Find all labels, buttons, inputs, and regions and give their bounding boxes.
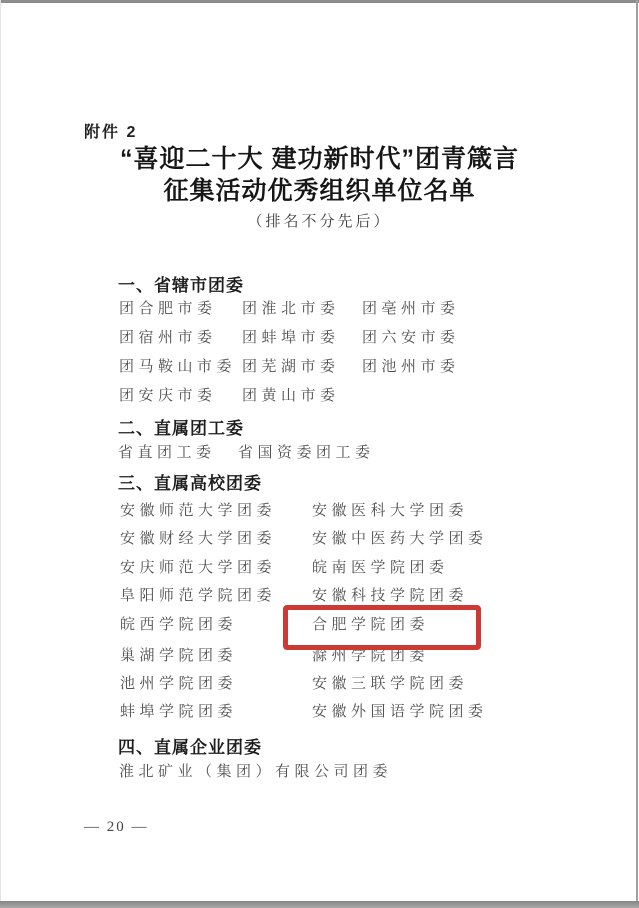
- list-item: 蚌埠学院团委: [120, 700, 237, 721]
- list-item: 团亳州市委: [362, 297, 460, 318]
- list-item: 省国资委团工委: [238, 441, 375, 462]
- list-item: 团六安市委: [362, 326, 460, 347]
- list-item: 团马鞍山市委: [119, 355, 236, 376]
- list-item: 团池州市委: [362, 355, 460, 376]
- section-2-heading: 二、直属团工委: [118, 414, 244, 439]
- list-item: 团芜湖市委: [242, 355, 340, 376]
- title-line-1: “喜迎二十大 建功新时代”团青箴言: [0, 143, 639, 175]
- document-title: “喜迎二十大 建功新时代”团青箴言 征集活动优秀组织单位名单: [0, 143, 639, 207]
- title-line-2: 征集活动优秀组织单位名单: [0, 175, 639, 207]
- list-row: 蚌埠学院团委 安徽外国语学院团委: [120, 700, 639, 720]
- list-item: 皖西学院团委: [120, 613, 237, 634]
- page-number: — 20 —: [84, 819, 149, 836]
- list-item: 安徽中医药大学团委: [312, 527, 488, 548]
- list-item: 淮北矿业（集团）有限公司团委: [119, 760, 392, 781]
- list-item: 安徽三联学院团委: [312, 672, 468, 693]
- list-row: 安徽财经大学团委 安徽中医药大学团委: [120, 527, 639, 547]
- list-item: 团合肥市委: [119, 297, 217, 318]
- attachment-label: 附件 2: [84, 119, 137, 142]
- list-row: 池州学院团委 安徽三联学院团委: [120, 672, 639, 692]
- scan-edge-top: [0, 0, 639, 3]
- list-item: 安徽科技学院团委: [312, 584, 468, 605]
- list-item: 安徽医科大学团委: [312, 499, 468, 520]
- list-item: 阜阳师范学院团委: [120, 584, 276, 605]
- list-row: 阜阳师范学院团委 安徽科技学院团委: [120, 584, 639, 604]
- section-3-heading: 三、直属高校团委: [118, 469, 262, 494]
- list-row: 省直团工委 省国资委团工委: [118, 441, 638, 461]
- list-item: 团宿州市委: [119, 326, 217, 347]
- list-item: 池州学院团委: [120, 672, 237, 693]
- list-item: 安徽师范大学团委: [120, 499, 276, 520]
- list-row: 安庆师范大学团委 皖南医学院团委: [120, 556, 639, 576]
- document-page: 附件 2 “喜迎二十大 建功新时代”团青箴言 征集活动优秀组织单位名单 （排名不…: [0, 0, 639, 908]
- list-item: 皖南医学院团委: [312, 556, 449, 577]
- scan-edge-bottom: [0, 901, 639, 908]
- list-row: 团宿州市委 团蚌埠市委 团六安市委: [119, 326, 639, 346]
- list-item: 安徽外国语学院团委: [312, 700, 488, 721]
- section-4-heading: 四、直属企业团委: [118, 733, 262, 758]
- list-row: 皖西学院团委 合肥学院团委: [120, 613, 639, 633]
- list-row: 安徽师范大学团委 安徽医科大学团委: [120, 499, 639, 519]
- list-item: 省直团工委: [118, 441, 216, 462]
- list-item: 团淮北市委: [242, 297, 340, 318]
- list-item: 团安庆市委: [119, 384, 217, 405]
- list-row: 团合肥市委 团淮北市委 团亳州市委: [119, 297, 639, 317]
- list-item-highlighted: 合肥学院团委: [312, 613, 429, 634]
- scan-edge-left: [0, 0, 1, 908]
- section-1-heading: 一、省辖市团委: [118, 271, 244, 296]
- list-row: 团安庆市委 团黄山市委: [119, 384, 639, 404]
- list-item: 安庆师范大学团委: [120, 556, 276, 577]
- list-item: 团蚌埠市委: [242, 326, 340, 347]
- subtitle-note: （排名不分先后）: [0, 210, 639, 231]
- list-row: 淮北矿业（集团）有限公司团委: [119, 760, 639, 780]
- list-item: 巢湖学院团委: [120, 644, 237, 665]
- list-row: 团马鞍山市委 团芜湖市委 团池州市委: [119, 355, 639, 375]
- list-item: 团黄山市委: [242, 384, 340, 405]
- list-item: 安徽财经大学团委: [120, 527, 276, 548]
